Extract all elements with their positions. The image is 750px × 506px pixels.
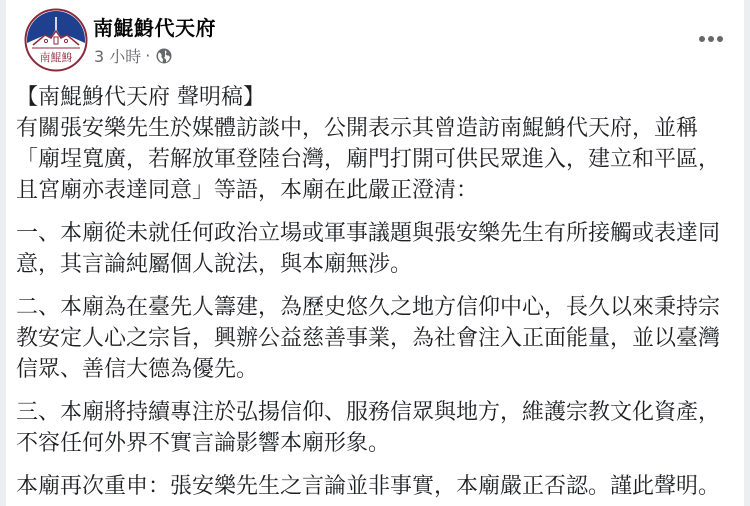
more-options-button[interactable] (691, 27, 731, 51)
post-meta: 3 小時 · (94, 44, 172, 67)
more-dot-icon (699, 36, 705, 42)
right-margin (744, 0, 750, 506)
statement-point-2: 二、本廟為在臺先人籌建，為歷史悠久之地方信仰中心，長久以來秉持宗教安定人心之宗旨… (16, 292, 736, 385)
statement-title: 【南鯤鯓代天府 聲明稿】 (16, 82, 736, 113)
globe-icon (156, 48, 172, 64)
statement-point-1: 一、本廟從未就任何政治立場或軍事議題與張安樂先生有所接觸或表達同意，其言論純屬個… (16, 218, 736, 280)
page-name-link[interactable]: 南鯤鯓代天府 (93, 12, 216, 41)
svg-text:南鯤鯓: 南鯤鯓 (40, 51, 73, 64)
temple-logo-icon: 南鯤鯓 (23, 7, 89, 73)
page-avatar[interactable]: 南鯤鯓 (23, 7, 89, 73)
statement-closing: 本廟再次重申：張安樂先生之言論並非事實，本廟嚴正否認。謹此聲明。 (16, 471, 736, 502)
post-body: 【南鯤鯓代天府 聲明稿】 有關張安樂先生於媒體訪談中，公開表示其曾造訪南鯤鯓代天… (16, 82, 736, 502)
meta-separator: · (145, 46, 150, 65)
more-dot-icon (708, 36, 714, 42)
post-timestamp[interactable]: 3 小時 (94, 44, 141, 67)
statement-point-3: 三、本廟將持續專注於弘揚信仰、服務信眾與地方，維護宗教文化資產，不容任何外界不實… (16, 397, 736, 459)
post-header: 南鯤鯓 南鯤鯓代天府 3 小時 · (6, 0, 744, 76)
post-card: 南鯤鯓 南鯤鯓代天府 3 小時 · 【南鯤鯓代天府 聲明稿】 有關張安樂先生於媒… (6, 0, 744, 506)
more-dot-icon (717, 36, 723, 42)
statement-intro: 有關張安樂先生於媒體訪談中，公開表示其曾造訪南鯤鯓代天府，並稱「廟埕寬廣，若解放… (16, 113, 736, 206)
